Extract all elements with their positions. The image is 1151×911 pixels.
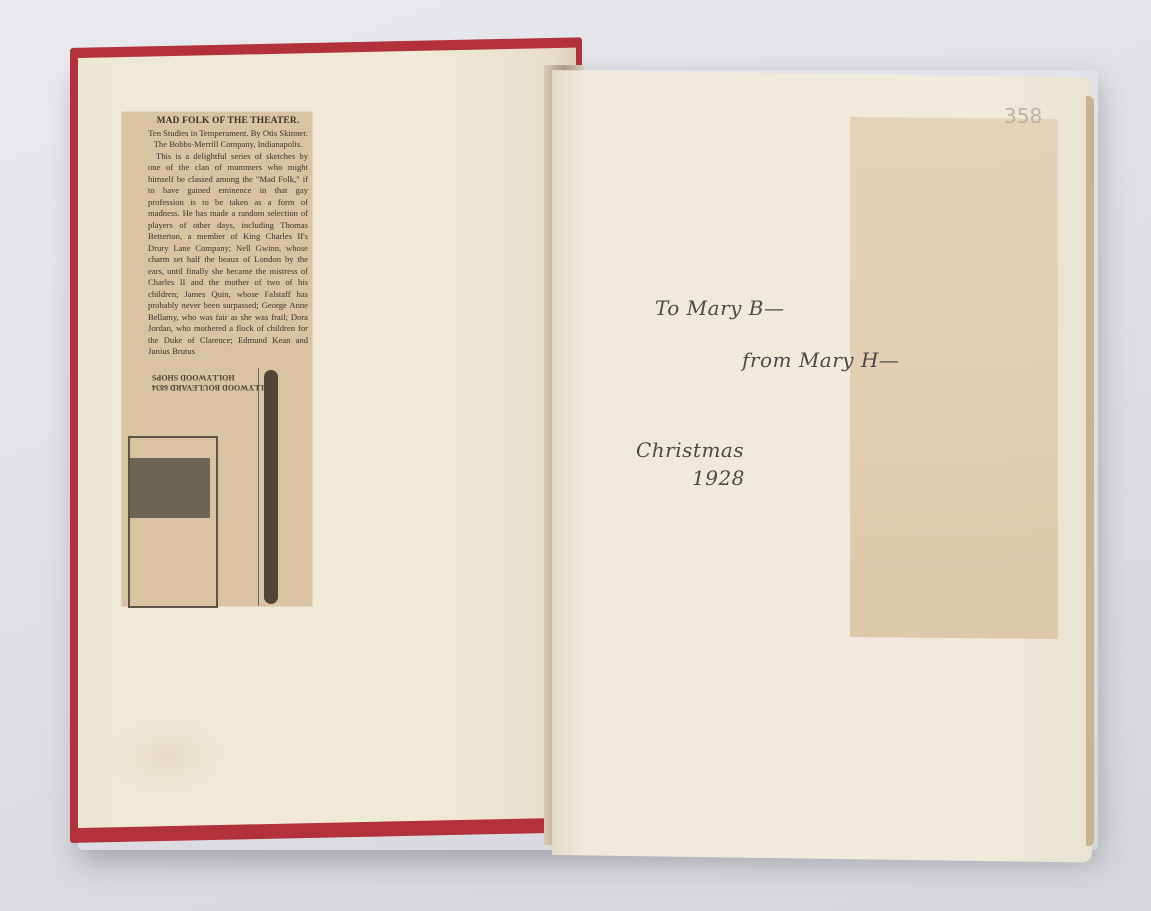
ad-image (130, 458, 210, 518)
ad-border-bar (264, 370, 278, 604)
page-edge (1086, 96, 1094, 846)
inscription-line-4: 1928 (692, 466, 745, 490)
inscription-line-3: Christmas (636, 438, 744, 462)
clipping-text: MAD FOLK OF THE THEATER. Ten Studies in … (148, 116, 308, 358)
ad-rule (258, 368, 259, 606)
water-stain (108, 715, 228, 798)
clipping-title: MAD FOLK OF THE THEATER. (148, 116, 308, 128)
offset-stain-panel (850, 117, 1058, 639)
inscription-line-1: To Mary B— (655, 296, 785, 320)
clipping-subtitle: Ten Studies in Temperament. By Otis Skin… (148, 128, 308, 151)
clipping-body: This is a delightful series of sketches … (148, 151, 308, 358)
pencil-number: 358 (1004, 104, 1042, 128)
clipping-ad: HOLLYWOOD BOULEVARD 6834 HOLLYWOOD SHOPS (122, 368, 312, 606)
ad-text: HOLLYWOOD BOULEVARD 6834 HOLLYWOOD SHOPS (152, 372, 312, 392)
newspaper-clipping: MAD FOLK OF THE THEATER. Ten Studies in … (122, 112, 312, 606)
inscription-line-2: from Mary H— (742, 348, 899, 372)
